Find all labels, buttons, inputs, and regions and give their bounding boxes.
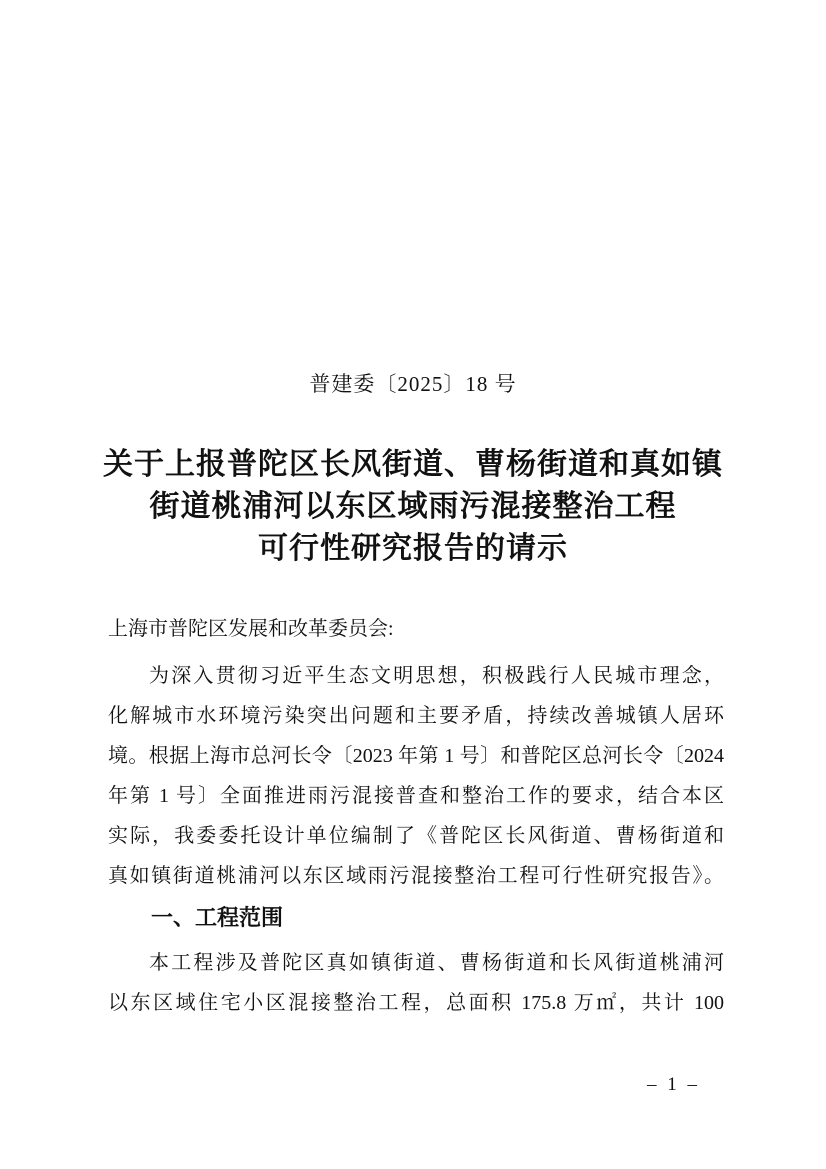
title-line-1: 关于上报普陀区长风街道、曹杨街道和真如镇: [60, 444, 766, 486]
paragraph-2-line-1: 本工程涉及普陀区真如镇街道、曹杨街道和长风街道桃浦河: [108, 943, 724, 983]
paragraph-2-line-2: 以东区域住宅小区混接整治工程，总面积 175.8 万㎡，共计 100: [108, 983, 724, 1023]
page-number: – 1 –: [647, 1074, 700, 1096]
doc-number: 普建委〔2025〕18 号: [0, 370, 826, 398]
addressee-line: 上海市普陀区发展和改革委员会:: [108, 609, 724, 649]
title-line-3: 可行性研究报告的请示: [60, 528, 766, 570]
paragraph-1-line-1: 为深入贯彻习近平生态文明思想，积极践行人民城市理念，: [108, 656, 724, 696]
paragraph-1-line-6: 真如镇街道桃浦河以东区域雨污混接整治工程可行性研究报告》。: [108, 856, 724, 896]
paragraph-2: 本工程涉及普陀区真如镇街道、曹杨街道和长风街道桃浦河 以东区域住宅小区混接整治工…: [108, 943, 724, 1023]
paragraph-1: 为深入贯彻习近平生态文明思想，积极践行人民城市理念， 化解城市水环境污染突出问题…: [108, 656, 724, 896]
paragraph-1-line-4: 年第 1 号〕全面推进雨污混接普查和整治工作的要求，结合本区: [108, 776, 724, 816]
paragraph-1-line-5: 实际，我委委托设计单位编制了《普陀区长风街道、曹杨街道和: [108, 816, 724, 856]
title-line-2: 街道桃浦河以东区域雨污混接整治工程: [60, 486, 766, 528]
paragraph-1-line-3: 境。根据上海市总河长令〔2023 年第 1 号〕和普陀区总河长令〔2024: [108, 736, 724, 776]
document-body: 上海市普陀区发展和改革委员会: 为深入贯彻习近平生态文明思想，积极践行人民城市理…: [108, 609, 724, 1023]
paragraph-1-line-2: 化解城市水环境污染突出问题和主要矛盾，持续改善城镇人居环: [108, 696, 724, 736]
document-page: 普建委〔2025〕18 号 关于上报普陀区长风街道、曹杨街道和真如镇 街道桃浦河…: [0, 0, 826, 1169]
document-title: 关于上报普陀区长风街道、曹杨街道和真如镇 街道桃浦河以东区域雨污混接整治工程 可…: [60, 444, 766, 570]
section-heading-1: 一、工程范围: [108, 898, 724, 938]
